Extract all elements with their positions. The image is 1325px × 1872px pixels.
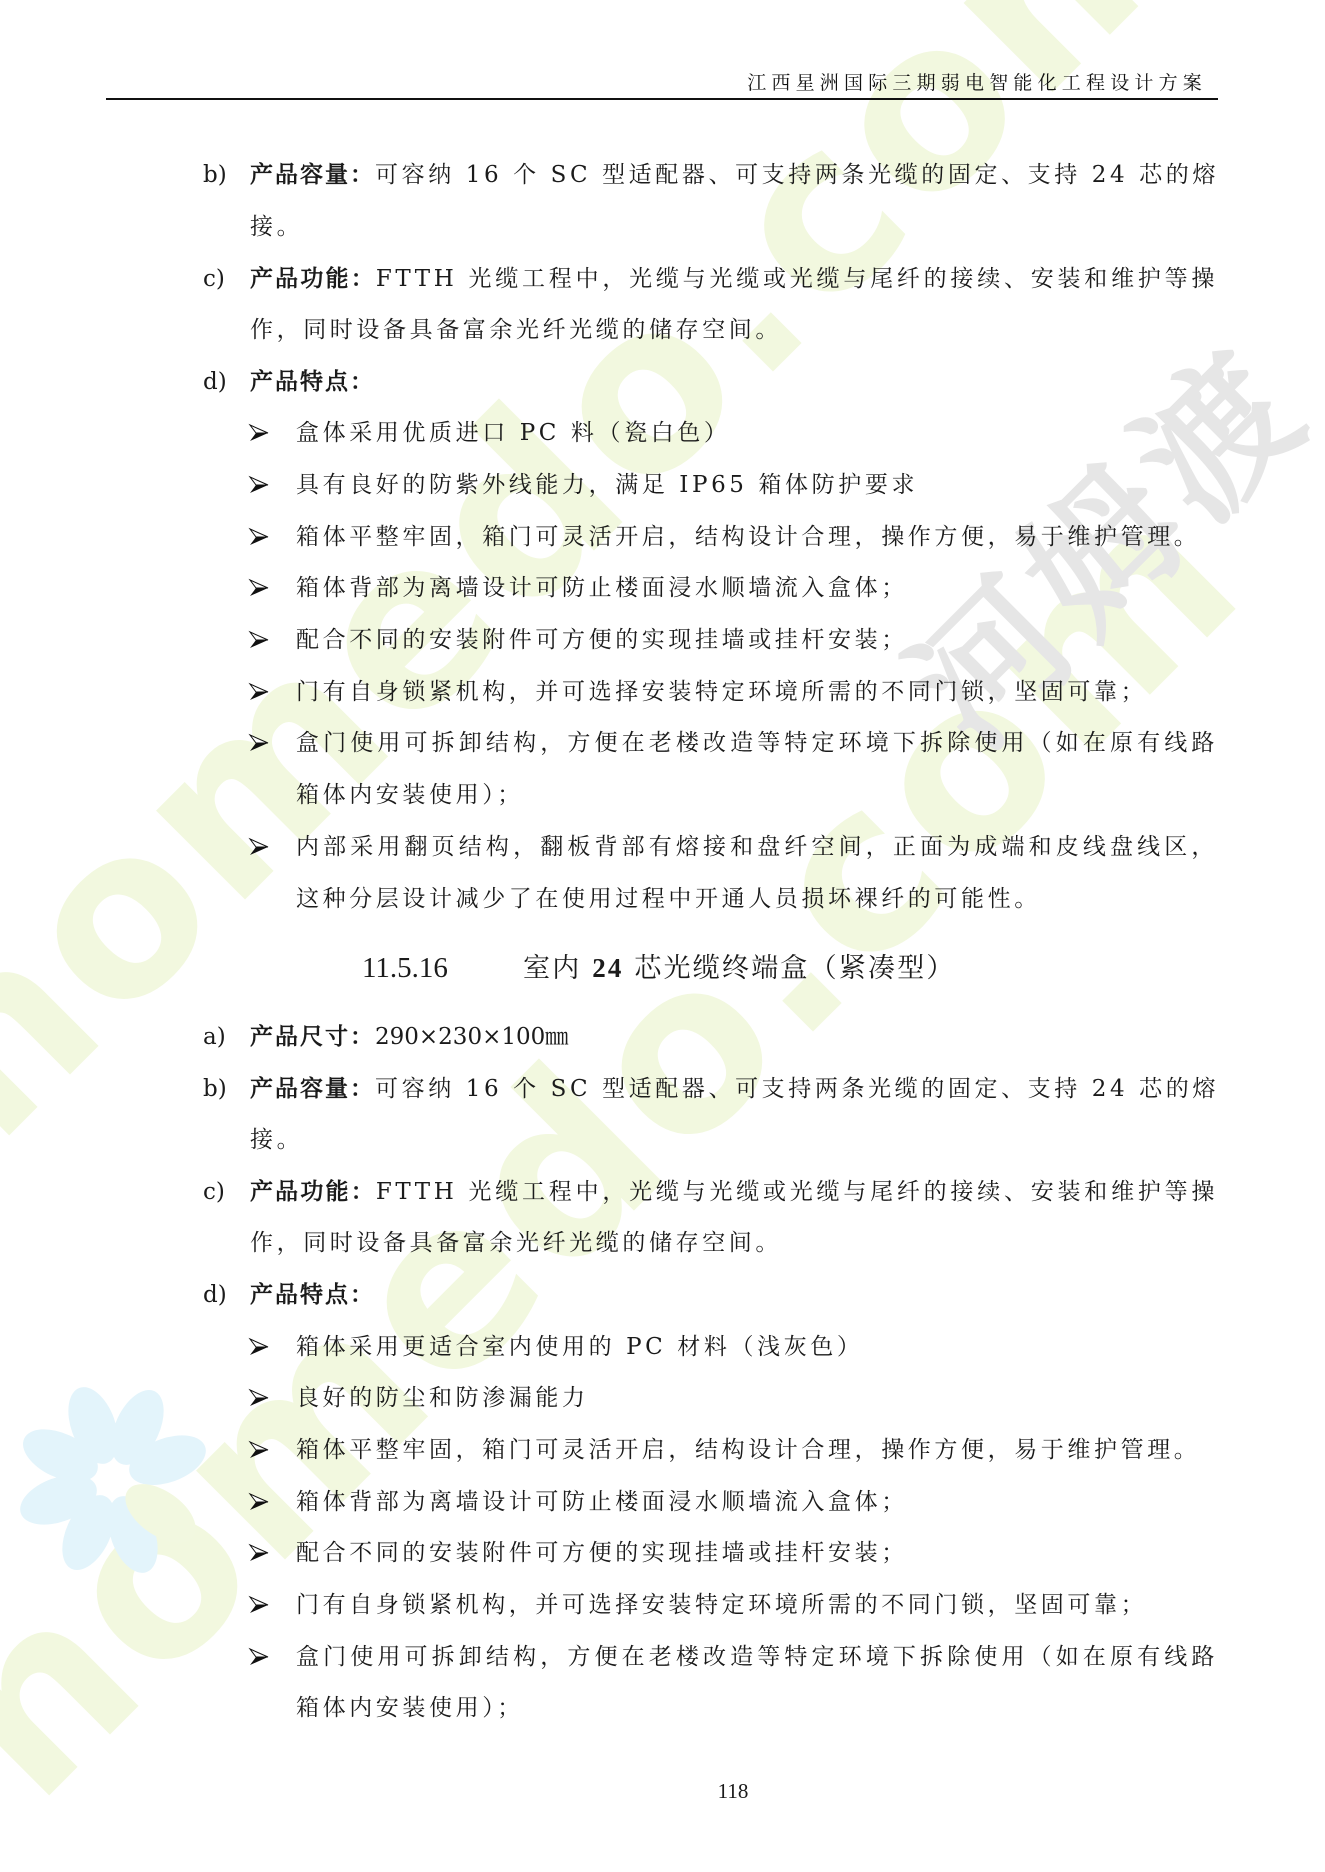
list-item-text-cont: 作，同时设备具备富余光纤光缆的储存空间。 — [250, 315, 1218, 345]
list-item-text: 产品容量：可容纳 16 个 SC 型适配器、可支持两条光缆的固定、支持 24 芯… — [250, 1074, 1218, 1104]
feature-item: 箱体平整牢固，箱门可灵活开启，结构设计合理，操作方便，易于维护管理。 — [296, 522, 1218, 552]
arrow-bullet-icon — [247, 1487, 271, 1517]
page-number: 118 — [0, 1778, 1325, 1804]
section-title: 室内 24 芯光缆终端盒（紧凑型） — [523, 951, 956, 985]
section-title-post: 芯光缆终端盒（紧凑型） — [634, 953, 955, 984]
item-label: 产品容量： — [250, 1075, 375, 1102]
item-body: FTTH 光缆工程中，光缆与光缆或光缆与尾纤的接续、安装和维护等操 — [376, 1179, 1218, 1205]
item-label: 产品特点： — [250, 368, 375, 395]
list-item-text: 产品功能：FTTH 光缆工程中，光缆与光缆或光缆与尾纤的接续、安装和维护等操 — [250, 264, 1218, 294]
section-title-num: 24 — [592, 953, 623, 983]
document-header-title: 江西星洲国际三期弱电智能化工程设计方案 — [747, 70, 1207, 96]
header-divider — [106, 98, 1218, 100]
feature-item: 内部采用翻页结构，翻板背部有熔接和盘纤空间，正面为成端和皮线盘线区， — [296, 832, 1218, 862]
arrow-bullet-icon — [247, 1332, 271, 1362]
list-item-text-cont: 接。 — [250, 212, 1218, 242]
list-marker: d) — [203, 367, 227, 397]
list-item-text: 产品容量：可容纳 16 个 SC 型适配器、可支持两条光缆的固定、支持 24 芯… — [250, 160, 1218, 190]
item-body: FTTH 光缆工程中，光缆与光缆或光缆与尾纤的接续、安装和维护等操 — [376, 266, 1218, 292]
list-marker: c) — [203, 264, 225, 294]
flower-logo-icon — [13, 1380, 213, 1580]
feature-item: 箱体背部为离墙设计可防止楼面浸水顺墙流入盒体； — [296, 1487, 1218, 1517]
arrow-bullet-icon — [247, 418, 271, 448]
feature-item: 具有良好的防紫外线能力，满足 IP65 箱体防护要求 — [296, 470, 1218, 500]
item-label: 产品尺寸： — [250, 1023, 375, 1050]
list-marker: b) — [203, 1074, 227, 1104]
feature-item-cont: 箱体内安装使用）； — [296, 1693, 1218, 1723]
item-label: 产品特点： — [250, 1281, 375, 1308]
list-item-text: 产品尺寸：290×230×100㎜ — [250, 1022, 1218, 1052]
list-item-text-cont: 作，同时设备具备富余光纤光缆的储存空间。 — [250, 1228, 1218, 1258]
list-marker: c) — [203, 1177, 225, 1207]
arrow-bullet-icon — [247, 1642, 271, 1672]
feature-item: 配合不同的安装附件可方便的实现挂墙或挂杆安装； — [296, 625, 1218, 655]
arrow-bullet-icon — [247, 1383, 271, 1413]
list-item-text-cont: 接。 — [250, 1125, 1218, 1155]
arrow-bullet-icon — [247, 1435, 271, 1465]
list-item-text: 产品功能：FTTH 光缆工程中，光缆与光缆或光缆与尾纤的接续、安装和维护等操 — [250, 1177, 1218, 1207]
feature-item: 良好的防尘和防渗漏能力 — [296, 1383, 1218, 1413]
list-marker: d) — [203, 1280, 227, 1310]
feature-item: 盒门使用可拆卸结构，方便在老楼改造等特定环境下拆除使用（如在原有线路 — [296, 728, 1218, 758]
feature-item: 配合不同的安装附件可方便的实现挂墙或挂杆安装； — [296, 1538, 1218, 1568]
feature-item-cont: 这种分层设计减少了在使用过程中开通人员损坏裸纤的可能性。 — [296, 884, 1218, 914]
arrow-bullet-icon — [247, 832, 271, 862]
feature-item: 门有自身锁紧机构，并可选择安装特定环境所需的不同门锁，坚固可靠； — [296, 677, 1218, 707]
arrow-bullet-icon — [247, 677, 271, 707]
item-body: 可容纳 16 个 SC 型适配器、可支持两条光缆的固定、支持 24 芯的熔 — [375, 1076, 1219, 1102]
feature-item: 盒体采用优质进口 PC 料（瓷白色） — [296, 418, 1218, 448]
item-label: 产品功能： — [250, 265, 376, 292]
arrow-bullet-icon — [247, 573, 271, 603]
feature-item: 箱体背部为离墙设计可防止楼面浸水顺墙流入盒体； — [296, 573, 1218, 603]
arrow-bullet-icon — [247, 1538, 271, 1568]
item-label: 产品容量： — [250, 161, 375, 188]
list-marker: b) — [203, 160, 227, 190]
arrow-bullet-icon — [247, 522, 271, 552]
arrow-bullet-icon — [247, 625, 271, 655]
item-label: 产品功能： — [250, 1178, 376, 1205]
feature-item: 箱体采用更适合室内使用的 PC 材料（浅灰色） — [296, 1332, 1218, 1362]
arrow-bullet-icon — [247, 470, 271, 500]
item-body: 290×230×100㎜ — [375, 1024, 568, 1050]
list-item-text: 产品特点： — [250, 367, 1218, 397]
arrow-bullet-icon — [247, 1590, 271, 1620]
section-title-pre: 室内 — [523, 953, 581, 984]
feature-item: 盒门使用可拆卸结构，方便在老楼改造等特定环境下拆除使用（如在原有线路 — [296, 1642, 1218, 1672]
arrow-bullet-icon — [247, 728, 271, 758]
list-marker: a) — [203, 1022, 226, 1052]
list-item-text: 产品特点： — [250, 1280, 1218, 1310]
feature-item-cont: 箱体内安装使用）； — [296, 780, 1218, 810]
section-number: 11.5.16 — [362, 951, 448, 985]
item-body: 可容纳 16 个 SC 型适配器、可支持两条光缆的固定、支持 24 芯的熔 — [375, 162, 1219, 188]
feature-item: 箱体平整牢固，箱门可灵活开启，结构设计合理，操作方便，易于维护管理。 — [296, 1435, 1218, 1465]
feature-item: 门有自身锁紧机构，并可选择安装特定环境所需的不同门锁，坚固可靠； — [296, 1590, 1218, 1620]
